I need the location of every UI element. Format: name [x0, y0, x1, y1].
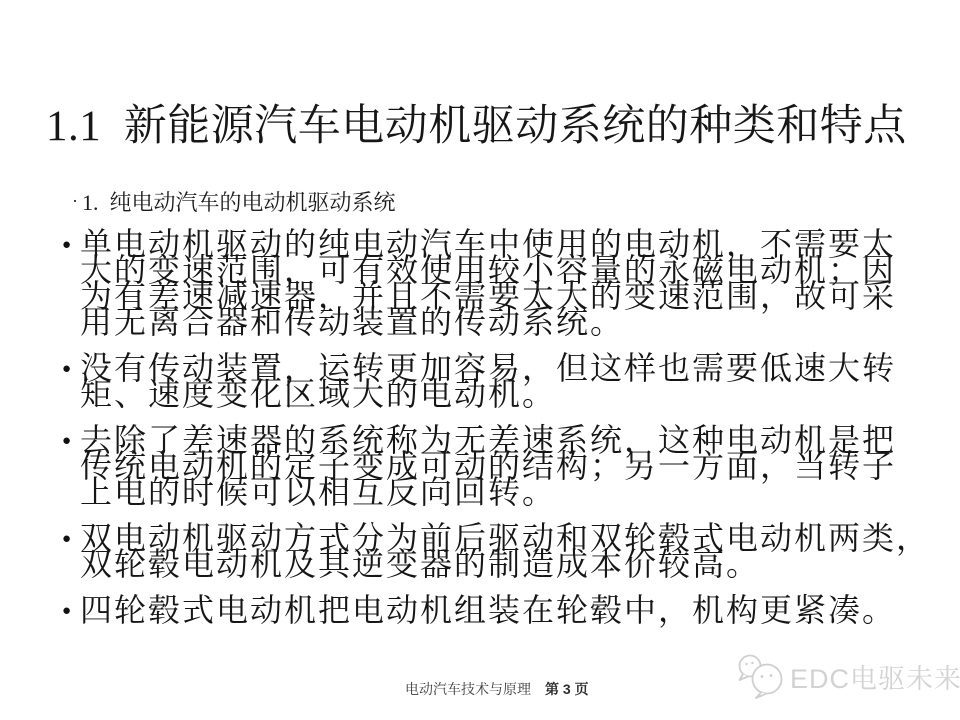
footer-page-number: 第 3 页 — [545, 679, 589, 699]
bullet-item: ● 没有传动装置，运转更加容易，但这样也需要低速大转 矩、速度变化区域大的电动机… — [62, 355, 942, 407]
bullet-text: 双电动机驱动方式分为前后驱动和双轮毂式电动机两类， 双轮毂电动机及其逆变器的制造… — [80, 525, 930, 577]
bullet-dot-icon: ● — [62, 231, 80, 335]
bullet-text: 单电动机驱动的纯电动汽车中使用的电动机，不需要太 大的变速范围，可有效使用较小容… — [80, 231, 896, 335]
slide-subtitle: · 1. 纯电动汽车的电动机驱动系统 — [72, 186, 396, 217]
slide-canvas: 1.1 新能源汽车电动机驱动系统的种类和特点 · 1. 纯电动汽车的电动机驱动系… — [0, 0, 960, 720]
bullet-text: 没有传动装置，运转更加容易，但这样也需要低速大转 矩、速度变化区域大的电动机。 — [80, 355, 896, 407]
watermark: EDC电驱未来 — [736, 652, 960, 700]
bullet-dot-icon: ● — [62, 525, 80, 577]
bullet-item: ● 去除了差速器的系统称为无差速系统，这种电动机是把 传统电动机的定子变成可动的… — [62, 427, 942, 505]
subtitle-text: 1. 纯电动汽车的电动机驱动系统 — [82, 186, 396, 217]
subtitle-bullet-dot: · — [72, 191, 78, 212]
bullet-dot-icon: ● — [62, 427, 80, 505]
slide-footer: 电动汽车技术与原理 第 3 页 — [405, 679, 589, 699]
bullet-text: 四轮毂式电动机把电动机组装在轮毂中，机构更紧凑。 — [80, 597, 896, 624]
slide-title: 1.1 新能源汽车电动机驱动系统的种类和特点 — [46, 100, 907, 154]
footer-book-title: 电动汽车技术与原理 — [405, 679, 531, 699]
bullet-item: ● 四轮毂式电动机把电动机组装在轮毂中，机构更紧凑。 — [62, 597, 942, 624]
bullet-dot-icon: ● — [62, 355, 80, 407]
bullet-list: ● 单电动机驱动的纯电动汽车中使用的电动机，不需要太 大的变速范围，可有效使用较… — [62, 231, 942, 624]
watermark-text: EDC电驱未来 — [790, 657, 960, 696]
bullet-item: ● 双电动机驱动方式分为前后驱动和双轮毂式电动机两类， 双轮毂电动机及其逆变器的… — [62, 525, 942, 577]
bullet-item: ● 单电动机驱动的纯电动汽车中使用的电动机，不需要太 大的变速范围，可有效使用较… — [62, 231, 942, 335]
bullet-text: 去除了差速器的系统称为无差速系统，这种电动机是把 传统电动机的定子变成可动的结构… — [80, 427, 896, 505]
wechat-bubbles-icon — [736, 652, 786, 700]
bullet-dot-icon: ● — [62, 597, 80, 624]
